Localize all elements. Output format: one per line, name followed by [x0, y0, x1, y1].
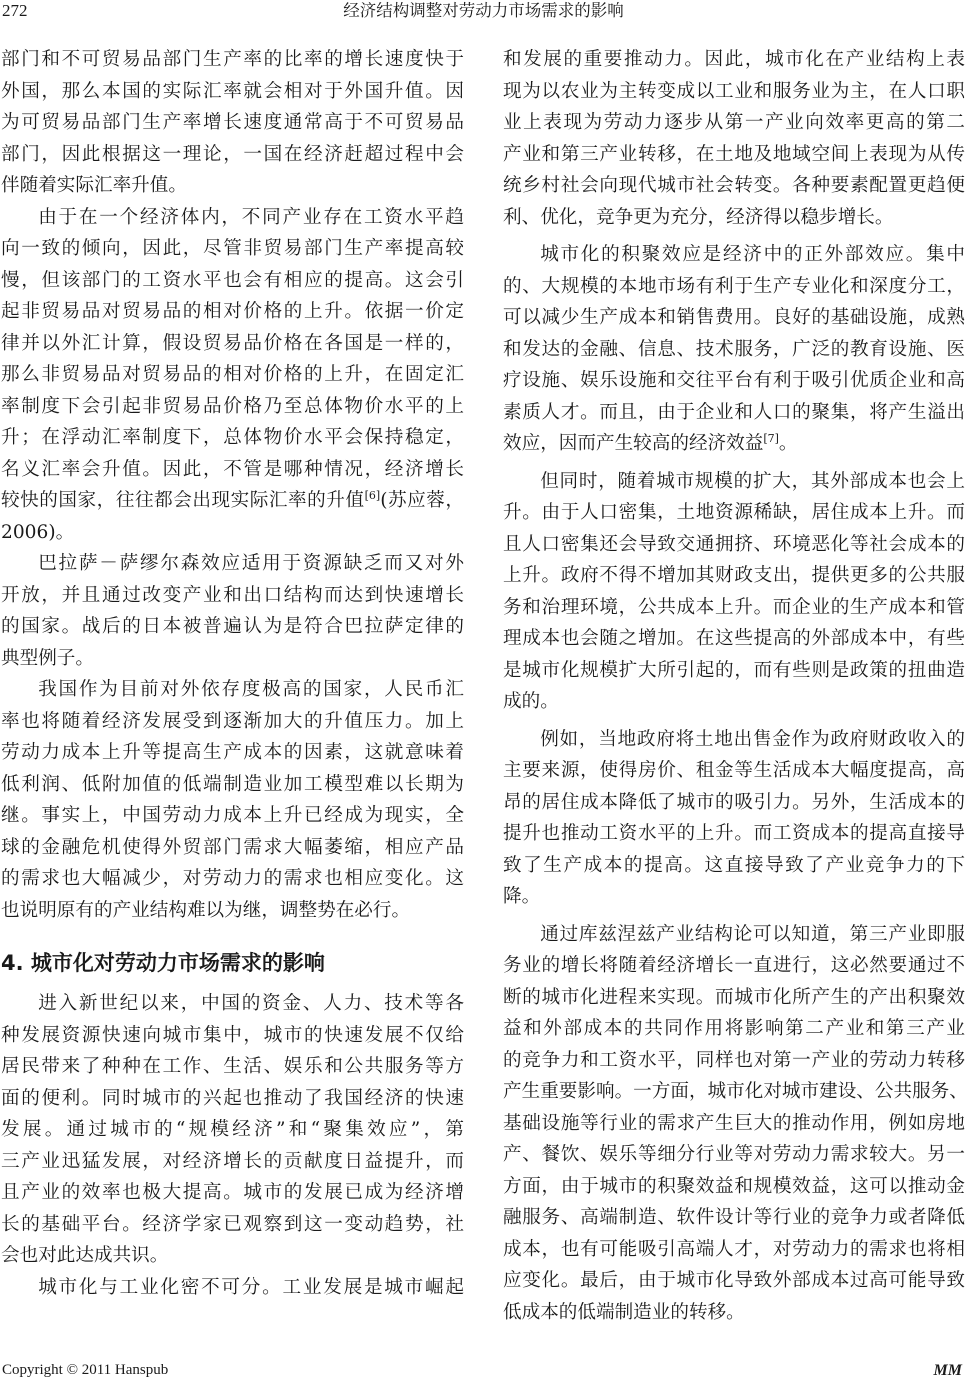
text-line: 升；在浮动汇率制度下，总体物价水平会保持稳定，	[1, 422, 464, 454]
text-line: 的竞争力和工资水平，同样也对第一产业的劳动力转移	[503, 1045, 965, 1077]
text-line-with-citation: 较快的国家，往往都会出现实际汇率的升值[6](苏应蓉，	[1, 485, 464, 517]
text-line: 的、大规模的本地市场有利于生产专业化和深度分工，	[503, 271, 965, 303]
text-line: 外国，那么本国的实际汇率就会相对于外国升值。因	[1, 76, 464, 108]
text-line: 发展。通过城市的“规模经济”和“聚集效应”，第	[1, 1114, 464, 1146]
text-line: 务业的增长将随着经济增长一直进行，这必然要通过不	[503, 950, 965, 982]
text-line: 球的金融危机使得外贸部门需求大幅萎缩，相应产品	[1, 832, 464, 864]
text-line: 我国作为目前对外依存度极高的国家，人民币汇	[1, 674, 464, 706]
text-line: 是城市化规模扩大所引起的，而有些则是政策的扭曲造	[503, 655, 965, 687]
journal-abbreviation: MM	[934, 1362, 962, 1380]
text-line: 通过库兹涅兹产业结构论可以知道，第三产业即服	[503, 919, 965, 951]
text-line: 升。由于人口密集，土地资源稀缺，居住成本上升。而	[503, 497, 965, 529]
text-line: 疗设施、娱乐设施和交往平台有利于吸引优质企业和高	[503, 365, 965, 397]
text-line: 成的。	[503, 686, 965, 718]
copyright-notice: Copyright © 2011 Hanspub	[2, 1362, 168, 1379]
text-line: 的需求也大幅减少，对劳动力的需求也相应变化。这	[1, 863, 464, 895]
text-line: 益和外部成本的共同作用将影响第二产业和第三产业	[503, 1013, 965, 1045]
text-line: 和发达的金融、信息、技术服务，广泛的教育设施、医	[503, 334, 965, 366]
text-line: 进入新世纪以来，中国的资金、人力、技术等各	[1, 988, 464, 1020]
text-line: 城市化的积聚效应是经济中的正外部效应。集中	[503, 239, 965, 271]
paragraph: 城市化与工业化密不可分。工业发展是城市崛起	[1, 1272, 464, 1304]
text-line: 且人口密集还会导致交通拥挤、环境恶化等社会成本的	[503, 529, 965, 561]
text-line: 例如，当地政府将土地出售金作为政府财政收入的	[503, 724, 965, 756]
paragraph: 巴拉萨－萨缪尔森效应适用于资源缺乏而又对外 开放，并且通过改变产业和出口结构而达…	[1, 548, 464, 674]
text-line: 产生重要影响。一方面，城市化对城市建设、公共服务、	[503, 1076, 965, 1108]
text-line: 名义汇率会升值。因此，不管是哪种情况，经济增长	[1, 454, 464, 486]
text-line: 城市化与工业化密不可分。工业发展是城市崛起	[1, 1272, 464, 1304]
text-line: 融服务、高端制造、软件设计等行业的竞争力或者降低	[503, 1202, 965, 1234]
text-line: 典型例子。	[1, 643, 464, 675]
paragraph: 通过库兹涅兹产业结构论可以知道，第三产业即服 务业的增长将随着经济增长一直进行，…	[503, 919, 965, 1329]
text-line: 断的城市化进程来实现。而城市化所产生的产出积聚效	[503, 982, 965, 1014]
text-line: 务和治理环境，公共成本上升。而企业的生产成本和管	[503, 592, 965, 624]
section-heading: 4. 城市化对劳动力市场需求的影响	[1, 948, 464, 978]
text-line: 起非贸易品对贸易品的相对价格的上升。依据一价定	[1, 296, 464, 328]
text-line: 应变化。最后，由于城市化导致外部成本过高可能导致	[503, 1265, 965, 1297]
running-header: 272 经济结构调整对劳动力市场需求的影响	[0, 0, 967, 26]
paragraph: 城市化的积聚效应是经济中的正外部效应。集中 的、大规模的本地市场有利于生产专业化…	[503, 239, 965, 460]
text-line: 业上表现为劳动力逐步从第一产业向效率更高的第二	[503, 107, 965, 139]
text-line: 成本，也有可能吸引高端人才，对劳动力的需求也将相	[503, 1234, 965, 1266]
text-line: 部门，因此根据这一理论，一国在经济赶超过程中会	[1, 139, 464, 171]
text-line: 昂的居住成本降低了城市的吸引力。另外，生活成本的	[503, 787, 965, 819]
text-line: 提升也推动工资水平的上升。而工资成本的提高直接导	[503, 818, 965, 850]
text-line: 部门和不可贸易品部门生产率的比率的增长速度快于	[1, 44, 464, 76]
text-line: 会也对此达成共识。	[1, 1240, 464, 1272]
text-line: 开放，并且通过改变产业和出口结构而达到快速增长	[1, 580, 464, 612]
text-line: 向一致的倾向，因此，尽管非贸易部门生产率提高较	[1, 233, 464, 265]
text-line: 方面，由于城市的积聚效益和规模效益，这可以推动金	[503, 1171, 965, 1203]
paragraph: 进入新世纪以来，中国的资金、人力、技术等各 种发展资源快速向城市集中，城市的快速…	[1, 988, 464, 1272]
text-line: 继。事实上，中国劳动力成本上升已经成为现实，全	[1, 800, 464, 832]
text-line: 产业和第三产业转移，在土地及地域空间上表现为从传	[503, 139, 965, 171]
text-fragment: 效应，因而产生较高的经济效益	[503, 433, 763, 454]
text-line: 利、优化，竞争更为充分，经济得以稳步增长。	[503, 202, 965, 234]
text-line: 但同时，随着城市规模的扩大，其外部成本也会上	[503, 466, 965, 498]
text-line: 居民带来了种种在工作、生活、娱乐和公共服务等方	[1, 1051, 464, 1083]
right-column: 和发展的重要推动力。因此，城市化在产业结构上表 现为以农业为主转变成以工业和服务…	[503, 44, 965, 1328]
page-footer: Copyright © 2011 Hanspub MM	[0, 1362, 967, 1384]
text-line: 三产业迅猛发展，对经济增长的贡献度日益提升，而	[1, 1146, 464, 1178]
text-line: 那么非贸易品对贸易品的相对价格的上升，在固定汇	[1, 359, 464, 391]
text-line: 的国家。战后的日本被普遍认为是符合巴拉萨定律的	[1, 611, 464, 643]
text-line: 产、餐饮、娱乐等细分行业等对劳动力需求较大。另一	[503, 1139, 965, 1171]
text-line: 上升。政府不得不增加其财政支出，提供更多的公共服	[503, 560, 965, 592]
text-line: 现为以农业为主转变成以工业和服务业为主，在人口职	[503, 76, 965, 108]
text-line: 伴随着实际汇率升值。	[1, 170, 464, 202]
text-line: 低成本的低端制造业的转移。	[503, 1297, 965, 1329]
text-line-with-citation: 效应，因而产生较高的经济效益[7]。	[503, 428, 965, 460]
text-fragment: 。	[779, 433, 798, 454]
paragraph: 由于在一个经济体内，不同产业存在工资水平趋 向一致的倾向，因此，尽管非贸易部门生…	[1, 202, 464, 549]
text-line: 率也将随着经济发展受到逐渐加大的升值压力。加上	[1, 706, 464, 738]
text-line: 降。	[503, 881, 965, 913]
text-line: 由于在一个经济体内，不同产业存在工资水平趋	[1, 202, 464, 234]
text-line: 基础设施等行业的需求产生巨大的推动作用，例如房地	[503, 1108, 965, 1140]
citation-ref-6[interactable]: [6]	[365, 489, 381, 502]
text-line: 慢，但该部门的工资水平也会有相应的提高。这会引	[1, 265, 464, 297]
text-fragment: 较快的国家，往往都会出现实际汇率的升值	[1, 490, 365, 511]
text-line: 巴拉萨－萨缪尔森效应适用于资源缺乏而又对外	[1, 548, 464, 580]
text-line: 面的便利。同时城市的兴起也推动了我国经济的快速	[1, 1083, 464, 1115]
text-line: 理成本也会随之增加。在这些提高的外部成本中，有些	[503, 623, 965, 655]
text-fragment: (苏应蓉，	[380, 490, 464, 511]
text-line: 为可贸易品部门生产率增长速度通常高于不可贸易品	[1, 107, 464, 139]
text-line: 2006)。	[1, 517, 464, 549]
text-line: 长的基础平台。经济学家已观察到这一变动趋势，社	[1, 1209, 464, 1241]
paragraph: 例如，当地政府将土地出售金作为政府财政收入的 主要来源，使得房价、租金等生活成本…	[503, 724, 965, 913]
paragraph: 但同时，随着城市规模的扩大，其外部成本也会上 升。由于人口密集，土地资源稀缺，居…	[503, 466, 965, 718]
text-line: 且产业的效率也极大提高。城市的发展已成为经济增	[1, 1177, 464, 1209]
paragraph-continued: 部门和不可贸易品部门生产率的比率的增长速度快于 外国，那么本国的实际汇率就会相对…	[1, 44, 464, 202]
text-line: 也说明原有的产业结构难以为继，调整势在必行。	[1, 895, 464, 927]
paragraph-continued: 和发展的重要推动力。因此，城市化在产业结构上表 现为以农业为主转变成以工业和服务…	[503, 44, 965, 233]
paragraph: 我国作为目前对外依存度极高的国家，人民币汇 率也将随着经济发展受到逐渐加大的升值…	[1, 674, 464, 926]
text-line: 低利润、低附加值的低端制造业加工模型难以长期为	[1, 769, 464, 801]
text-line: 致了生产成本的提高。这直接导致了产业竞争力的下	[503, 850, 965, 882]
text-line: 统乡村社会向现代城市社会转变。各种要素配置更趋便	[503, 170, 965, 202]
text-line: 劳动力成本上升等提高生产成本的因素，这就意味着	[1, 737, 464, 769]
citation-ref-7[interactable]: [7]	[763, 432, 779, 445]
text-line: 率制度下会引起非贸易品价格乃至总体物价水平的上	[1, 391, 464, 423]
text-line: 主要来源，使得房价、租金等生活成本大幅度提高，高	[503, 755, 965, 787]
text-line: 种发展资源快速向城市集中，城市的快速发展不仅给	[1, 1020, 464, 1052]
text-line: 和发展的重要推动力。因此，城市化在产业结构上表	[503, 44, 965, 76]
running-title: 经济结构调整对劳动力市场需求的影响	[0, 0, 967, 22]
text-line: 素质人才。而且，由于企业和人口的聚集，将产生溢出	[503, 397, 965, 429]
text-line: 律并以外汇计算，假设贸易品价格在各国是一样的，	[1, 328, 464, 360]
left-column: 部门和不可贸易品部门生产率的比率的增长速度快于 外国，那么本国的实际汇率就会相对…	[1, 44, 464, 1303]
text-line: 可以减少生产成本和销售费用。良好的基础设施，成熟	[503, 302, 965, 334]
